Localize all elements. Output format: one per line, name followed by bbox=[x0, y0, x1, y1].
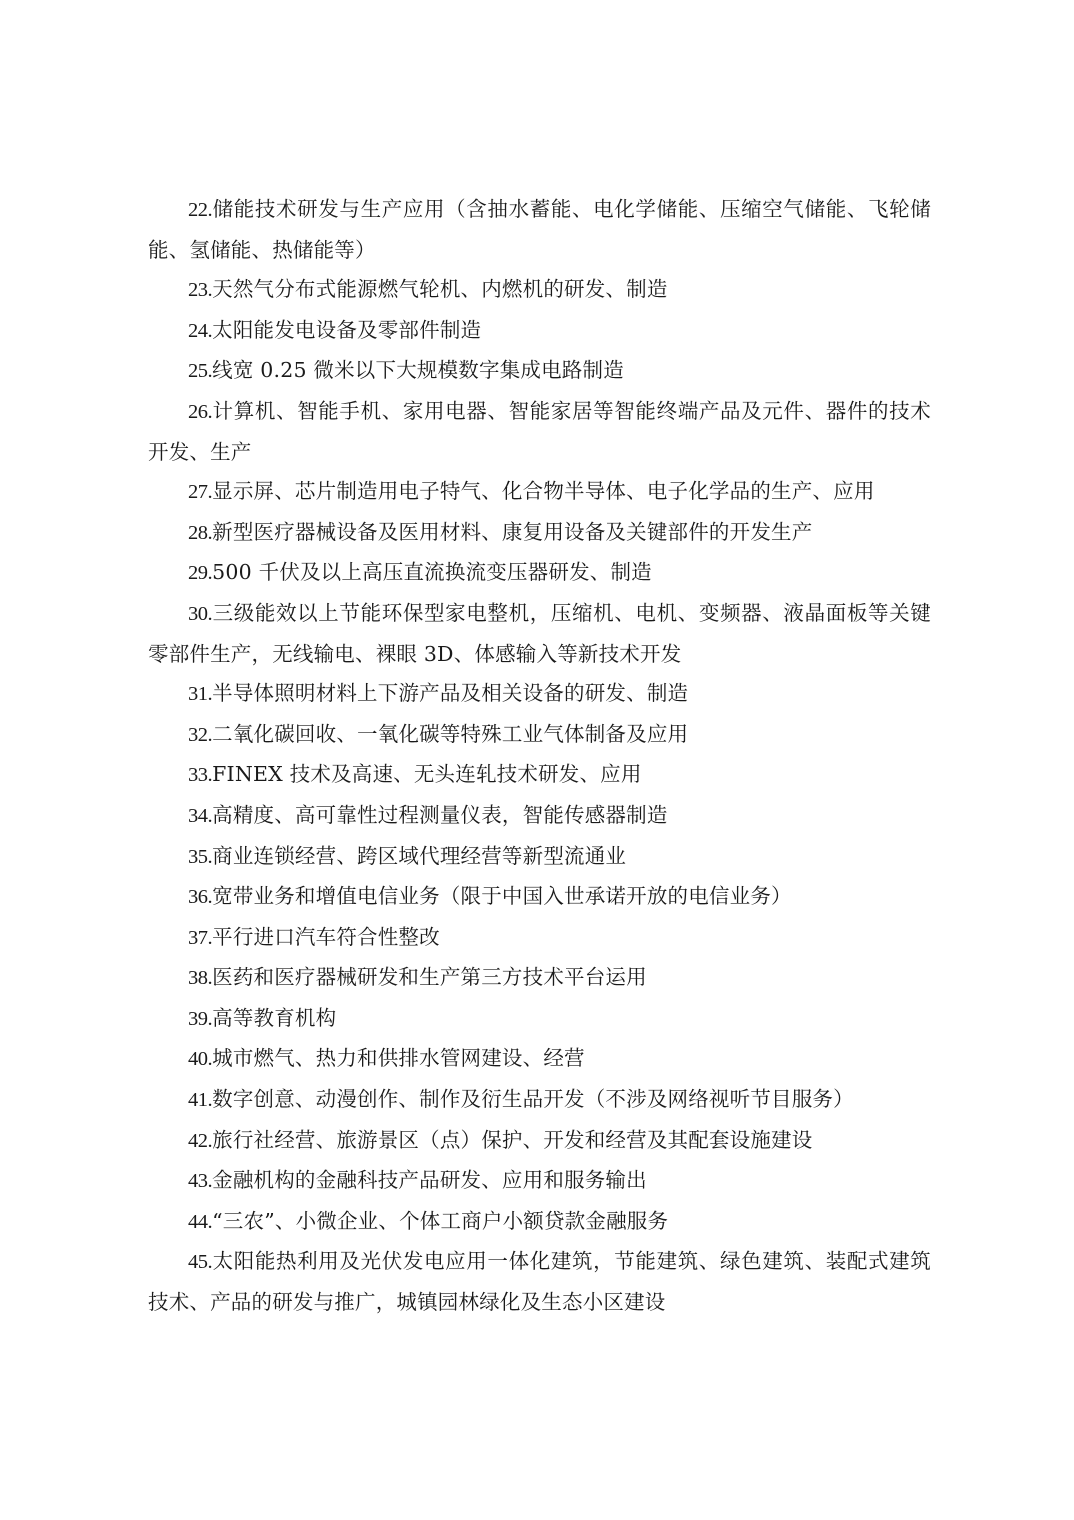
list-item-41: 41.数字创意、动漫创作、制作及衍生品开发（不涉及网络视听节目服务） bbox=[148, 1080, 931, 1121]
list-item-26: 26.计算机、智能手机、家用电器、智能家居等智能终端产品及元件、器件的技术开发、… bbox=[148, 392, 931, 472]
item-number: 30. bbox=[188, 603, 212, 625]
list-item-40: 40.城市燃气、热力和供排水管网建设、经营 bbox=[148, 1039, 931, 1080]
list-item-24: 24.太阳能发电设备及零部件制造 bbox=[148, 311, 931, 352]
item-text: 计算机、智能手机、家用电器、智能家居等智能终端产品及元件、器件的技术开发、生产 bbox=[148, 399, 931, 464]
list-item-45: 45.太阳能热利用及光伏发电应用一体化建筑，节能建筑、绿色建筑、装配式建筑技术、… bbox=[148, 1242, 931, 1322]
item-text: 二氧化碳回收、一氧化碳等特殊工业气体制备及应用 bbox=[212, 722, 688, 746]
item-text: 高精度、高可靠性过程测量仪表，智能传感器制造 bbox=[212, 803, 667, 827]
list-item-39: 39.高等教育机构 bbox=[148, 999, 931, 1040]
item-number: 35. bbox=[188, 846, 212, 868]
list-item-31: 31.半导体照明材料上下游产品及相关设备的研发、制造 bbox=[148, 674, 931, 715]
item-text: 商业连锁经营、跨区域代理经营等新型流通业 bbox=[212, 844, 626, 868]
item-number: 38. bbox=[188, 967, 212, 989]
item-text: 太阳能发电设备及零部件制造 bbox=[212, 318, 481, 342]
item-number: 32. bbox=[188, 724, 212, 746]
item-number: 44. bbox=[188, 1211, 212, 1233]
list-item-43: 43.金融机构的金融科技产品研发、应用和服务输出 bbox=[148, 1161, 931, 1202]
item-number: 24. bbox=[188, 320, 212, 342]
item-text: 太阳能热利用及光伏发电应用一体化建筑，节能建筑、绿色建筑、装配式建筑技术、产品的… bbox=[148, 1249, 931, 1314]
list-item-36: 36.宽带业务和增值电信业务（限于中国入世承诺开放的电信业务） bbox=[148, 877, 931, 918]
item-number: 25. bbox=[188, 360, 212, 382]
item-text: 500 千伏及以上高压直流换流变压器研发、制造 bbox=[212, 560, 652, 584]
item-text: FINEX 技术及高速、无头连轧技术研发、应用 bbox=[212, 762, 641, 786]
item-text: 三级能效以上节能环保型家电整机，压缩机、电机、变频器、液晶面板等关键零部件生产，… bbox=[148, 601, 931, 666]
item-text: 高等教育机构 bbox=[212, 1006, 336, 1030]
item-text: 半导体照明材料上下游产品及相关设备的研发、制造 bbox=[212, 681, 688, 705]
item-text: 储能技术研发与生产应用（含抽水蓄能、电化学储能、压缩空气储能、飞轮储能、氢储能、… bbox=[148, 197, 931, 262]
item-number: 33. bbox=[188, 764, 212, 786]
item-number: 36. bbox=[188, 886, 212, 908]
list-item-28: 28.新型医疗器械设备及医用材料、康复用设备及关键部件的开发生产 bbox=[148, 513, 931, 554]
item-text: 旅行社经营、旅游景区（点）保护、开发和经营及其配套设施建设 bbox=[212, 1128, 812, 1152]
item-text: 天然气分布式能源燃气轮机、内燃机的研发、制造 bbox=[212, 277, 667, 301]
item-number: 43. bbox=[188, 1170, 212, 1192]
item-number: 28. bbox=[188, 522, 212, 544]
item-text: 线宽 0.25 微米以下大规模数字集成电路制造 bbox=[212, 358, 624, 382]
item-text: 城市燃气、热力和供排水管网建设、经营 bbox=[212, 1046, 585, 1070]
list-item-35: 35.商业连锁经营、跨区域代理经营等新型流通业 bbox=[148, 837, 931, 878]
item-number: 42. bbox=[188, 1130, 212, 1152]
item-text: 平行进口汽车符合性整改 bbox=[212, 925, 440, 949]
list-item-33: 33.FINEX 技术及高速、无头连轧技术研发、应用 bbox=[148, 755, 931, 796]
list-item-30: 30.三级能效以上节能环保型家电整机，压缩机、电机、变频器、液晶面板等关键零部件… bbox=[148, 594, 931, 674]
item-number: 27. bbox=[188, 481, 212, 503]
list-item-29: 29.500 千伏及以上高压直流换流变压器研发、制造 bbox=[148, 553, 931, 594]
list-item-34: 34.高精度、高可靠性过程测量仪表，智能传感器制造 bbox=[148, 796, 931, 837]
list-item-38: 38.医药和医疗器械研发和生产第三方技术平台运用 bbox=[148, 958, 931, 999]
item-number: 45. bbox=[188, 1251, 212, 1273]
list-item-23: 23.天然气分布式能源燃气轮机、内燃机的研发、制造 bbox=[148, 270, 931, 311]
list-item-22: 22.储能技术研发与生产应用（含抽水蓄能、电化学储能、压缩空气储能、飞轮储能、氢… bbox=[148, 190, 931, 270]
item-text: “三农”、小微企业、个体工商户小额贷款金融服务 bbox=[212, 1209, 668, 1233]
item-number: 37. bbox=[188, 927, 212, 949]
item-text: 数字创意、动漫创作、制作及衍生品开发（不涉及网络视听节目服务） bbox=[212, 1087, 854, 1111]
item-number: 34. bbox=[188, 805, 212, 827]
list-item-25: 25.线宽 0.25 微米以下大规模数字集成电路制造 bbox=[148, 351, 931, 392]
item-text: 新型医疗器械设备及医用材料、康复用设备及关键部件的开发生产 bbox=[212, 520, 812, 544]
item-text: 显示屏、芯片制造用电子特气、化合物半导体、电子化学品的生产、应用 bbox=[212, 479, 874, 503]
item-text: 医药和医疗器械研发和生产第三方技术平台运用 bbox=[212, 965, 647, 989]
item-number: 26. bbox=[188, 401, 212, 423]
item-number: 29. bbox=[188, 562, 212, 584]
item-number: 22. bbox=[188, 199, 212, 221]
document-page: 22.储能技术研发与生产应用（含抽水蓄能、电化学储能、压缩空气储能、飞轮储能、氢… bbox=[148, 190, 931, 1323]
item-text: 金融机构的金融科技产品研发、应用和服务输出 bbox=[212, 1168, 647, 1192]
item-number: 41. bbox=[188, 1089, 212, 1111]
list-item-42: 42.旅行社经营、旅游景区（点）保护、开发和经营及其配套设施建设 bbox=[148, 1121, 931, 1162]
item-number: 39. bbox=[188, 1008, 212, 1030]
item-number: 31. bbox=[188, 683, 212, 705]
item-text: 宽带业务和增值电信业务（限于中国入世承诺开放的电信业务） bbox=[212, 884, 792, 908]
item-number: 40. bbox=[188, 1048, 212, 1070]
list-item-32: 32.二氧化碳回收、一氧化碳等特殊工业气体制备及应用 bbox=[148, 715, 931, 756]
list-item-27: 27.显示屏、芯片制造用电子特气、化合物半导体、电子化学品的生产、应用 bbox=[148, 472, 931, 513]
list-item-37: 37.平行进口汽车符合性整改 bbox=[148, 918, 931, 959]
item-number: 23. bbox=[188, 279, 212, 301]
list-item-44: 44.“三农”、小微企业、个体工商户小额贷款金融服务 bbox=[148, 1202, 931, 1243]
